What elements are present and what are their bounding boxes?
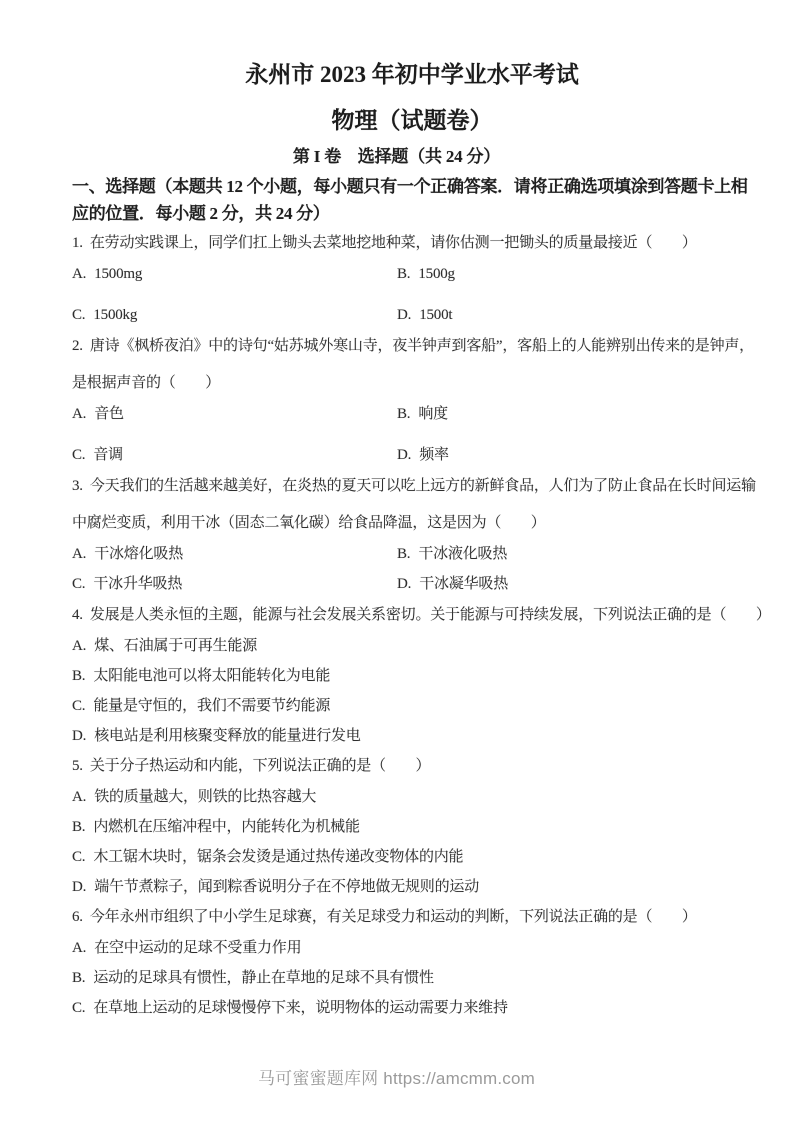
option-text: 1500g [418, 266, 455, 282]
question-number: 5. [72, 758, 83, 774]
option-text: 1500kg [93, 307, 137, 323]
option-label: C. [72, 849, 85, 865]
option-text: 端午节煮粽子，闻到粽香说明分子在不停地做无规则的运动 [94, 879, 479, 895]
option-label: A. [72, 406, 86, 422]
question-number: 1. [72, 235, 83, 251]
option-label: A. [72, 546, 86, 562]
question-stem-group: 5.关于分子热运动和内能，下列说法正确的是（ ） [72, 757, 752, 776]
option-text: 木工锯木块时，锯条会发烫是通过热传递改变物体的内能 [93, 849, 463, 865]
option-label: C. [72, 307, 85, 323]
question-options: A.干冰熔化吸热B.干冰液化吸热C.干冰升华吸热D.干冰凝华吸热 [72, 545, 752, 606]
option-label: B. [397, 406, 410, 422]
option-a: A.煤、石油属于可再生能源 [72, 637, 752, 656]
option-text: 1500t [419, 307, 452, 323]
option-a: A.1500mg [72, 265, 397, 284]
stem-text: 发展是人类永恒的主题，能源与社会发展关系密切。关于能源与可持续发展，下列说法正确… [90, 607, 771, 623]
option-c: C.木工锯木块时，锯条会发烫是通过热传递改变物体的内能 [72, 848, 752, 867]
option-text: 太阳能电池可以将太阳能转化为电能 [93, 668, 330, 684]
option-text: 运动的足球具有惯性，静止在草地的足球不具有惯性 [93, 970, 433, 986]
question-stem: 2.唐诗《枫桥夜泊》中的诗句“姑苏城外寒山寺，夜半钟声到客船”，客船上的人能辨别… [72, 337, 752, 356]
option-label: A. [72, 940, 86, 956]
option-label: D. [72, 728, 86, 744]
question-number: 4. [72, 607, 83, 623]
option-label: C. [72, 1000, 85, 1016]
option-text: 音色 [94, 406, 124, 422]
question-stem: 3.今天我们的生活越来越美好，在炎热的夏天可以吃上远方的新鲜食品，人们为了防止食… [72, 477, 752, 496]
option-text: 在空中运动的足球不受重力作用 [94, 940, 301, 956]
question-stem-group: 2.唐诗《枫桥夜泊》中的诗句“姑苏城外寒山寺，夜半钟声到客船”，客船上的人能辨别… [72, 337, 752, 393]
option-a: A.铁的质量越大，则铁的比热容越大 [72, 788, 752, 807]
option-c: C.音调 [72, 446, 397, 465]
option-label: A. [72, 266, 86, 282]
option-c: C.1500kg [72, 306, 397, 325]
option-text: 音调 [93, 447, 123, 463]
stem-text: 是根据声音的（ ） [72, 375, 220, 391]
footer-watermark: 马可蜜蜜题库网 https://amcmm.com [0, 1068, 793, 1090]
option-text: 响度 [418, 406, 448, 422]
option-text: 频率 [419, 447, 449, 463]
option-d: D.干冰凝华吸热 [397, 575, 752, 594]
question-options: A.铁的质量越大，则铁的比热容越大B.内燃机在压缩冲程中，内能转化为机械能C.木… [72, 788, 752, 897]
option-d: D.核电站是利用核聚变释放的能量进行发电 [72, 727, 752, 746]
question-stem: 1.在劳动实践课上，同学们扛上锄头去菜地挖地种菜，请你估测一把锄头的质量最接近（… [72, 234, 752, 253]
option-text: 内燃机在压缩冲程中，内能转化为机械能 [93, 819, 359, 835]
question-stem-group: 4.发展是人类永恒的主题，能源与社会发展关系密切。关于能源与可持续发展，下列说法… [72, 606, 752, 625]
question-number: 2. [72, 338, 83, 354]
option-b: B.1500g [397, 265, 752, 284]
section-instructions: 一、选择题（本题共 12 个小题，每小题只有一个正确答案．请将正确选项填涂到答题… [72, 173, 752, 227]
option-label: D. [397, 576, 411, 592]
section-title: 第 I 卷 选择题（共 24 分） [0, 147, 793, 167]
question-number: 3. [72, 478, 83, 494]
option-c: C.干冰升华吸热 [72, 575, 397, 594]
question-stem-continuation: 中腐烂变质，利用干冰（固态二氧化碳）给食品降温，这是因为（ ） [72, 514, 752, 533]
exam-title: 永州市 2023 年初中学业水平考试 [72, 62, 752, 88]
question-options: A.1500mgB.1500gC.1500kgD.1500t [72, 265, 752, 337]
question-block: 3.今天我们的生活越来越美好，在炎热的夏天可以吃上远方的新鲜食品，人们为了防止食… [72, 477, 752, 606]
stem-text: 中腐烂变质，利用干冰（固态二氧化碳）给食品降温，这是因为（ ） [72, 515, 546, 531]
option-label: D. [397, 447, 411, 463]
question-stem-continuation: 是根据声音的（ ） [72, 374, 752, 393]
option-label: B. [72, 970, 85, 986]
question-block: 1.在劳动实践课上，同学们扛上锄头去菜地挖地种菜，请你估测一把锄头的质量最接近（… [72, 234, 752, 337]
option-d: D.1500t [397, 306, 752, 325]
stem-text: 今年永州市组织了中小学生足球赛，有关足球受力和运动的判断，下列说法正确的是（ ） [90, 909, 697, 925]
option-b: B.干冰液化吸热 [397, 545, 752, 564]
option-label: B. [397, 266, 410, 282]
question-stem: 5.关于分子热运动和内能，下列说法正确的是（ ） [72, 757, 752, 776]
question-block: 5.关于分子热运动和内能，下列说法正确的是（ ） A.铁的质量越大，则铁的比热容… [72, 757, 752, 897]
questions-list: 1.在劳动实践课上，同学们扛上锄头去菜地挖地种菜，请你估测一把锄头的质量最接近（… [72, 234, 752, 1018]
option-d: D.端午节煮粽子，闻到粽香说明分子在不停地做无规则的运动 [72, 878, 752, 897]
option-text: 铁的质量越大，则铁的比热容越大 [94, 789, 316, 805]
exam-subtitle: 物理（试题卷） [72, 108, 752, 134]
option-label: C. [72, 698, 85, 714]
option-b: B.内燃机在压缩冲程中，内能转化为机械能 [72, 818, 752, 837]
question-number: 6. [72, 909, 83, 925]
question-options: A.煤、石油属于可再生能源B.太阳能电池可以将太阳能转化为电能C.能量是守恒的，… [72, 637, 752, 746]
option-label: D. [72, 879, 86, 895]
option-label: B. [72, 668, 85, 684]
option-label: B. [72, 819, 85, 835]
stem-text: 关于分子热运动和内能，下列说法正确的是（ ） [90, 758, 430, 774]
option-d: D.频率 [397, 446, 752, 465]
option-c: C.在草地上运动的足球慢慢停下来，说明物体的运动需要力来维持 [72, 999, 752, 1018]
option-text: 在草地上运动的足球慢慢停下来，说明物体的运动需要力来维持 [93, 1000, 507, 1016]
option-text: 干冰凝华吸热 [419, 576, 508, 592]
option-label: A. [72, 789, 86, 805]
option-b: B.太阳能电池可以将太阳能转化为电能 [72, 667, 752, 686]
option-text: 干冰升华吸热 [93, 576, 182, 592]
option-label: D. [397, 307, 411, 323]
question-block: 4.发展是人类永恒的主题，能源与社会发展关系密切。关于能源与可持续发展，下列说法… [72, 606, 752, 746]
option-label: C. [72, 447, 85, 463]
question-stem-group: 6.今年永州市组织了中小学生足球赛，有关足球受力和运动的判断，下列说法正确的是（… [72, 908, 752, 927]
instructions-line-2: 应的位置．每小题 2 分，共 24 分） [72, 200, 752, 227]
instructions-line-1: 一、选择题（本题共 12 个小题，每小题只有一个正确答案．请将正确选项填涂到答题… [72, 173, 752, 200]
option-text: 核电站是利用核聚变释放的能量进行发电 [94, 728, 360, 744]
stem-text: 今天我们的生活越来越美好，在炎热的夏天可以吃上远方的新鲜食品，人们为了防止食品在… [90, 478, 756, 494]
question-block: 2.唐诗《枫桥夜泊》中的诗句“姑苏城外寒山寺，夜半钟声到客船”，客船上的人能辨别… [72, 337, 752, 477]
option-c: C.能量是守恒的，我们不需要节约能源 [72, 697, 752, 716]
question-options: A.音色B.响度C.音调D.频率 [72, 405, 752, 477]
question-stem-group: 1.在劳动实践课上，同学们扛上锄头去菜地挖地种菜，请你估测一把锄头的质量最接近（… [72, 234, 752, 253]
question-stem: 6.今年永州市组织了中小学生足球赛，有关足球受力和运动的判断，下列说法正确的是（… [72, 908, 752, 927]
stem-text: 唐诗《枫桥夜泊》中的诗句“姑苏城外寒山寺，夜半钟声到客船”，客船上的人能辨别出传… [90, 338, 754, 354]
option-text: 煤、石油属于可再生能源 [94, 638, 257, 654]
option-text: 干冰液化吸热 [418, 546, 507, 562]
question-options: A.在空中运动的足球不受重力作用B.运动的足球具有惯性，静止在草地的足球不具有惯… [72, 939, 752, 1018]
option-text: 1500mg [94, 266, 142, 282]
question-block: 6.今年永州市组织了中小学生足球赛，有关足球受力和运动的判断，下列说法正确的是（… [72, 908, 752, 1018]
option-b: B.响度 [397, 405, 752, 424]
question-stem: 4.发展是人类永恒的主题，能源与社会发展关系密切。关于能源与可持续发展，下列说法… [72, 606, 752, 625]
option-label: B. [397, 546, 410, 562]
option-label: C. [72, 576, 85, 592]
stem-text: 在劳动实践课上，同学们扛上锄头去菜地挖地种菜，请你估测一把锄头的质量最接近（ ） [90, 235, 697, 251]
exam-paper-page: 永州市 2023 年初中学业水平考试 物理（试题卷） 第 I 卷 选择题（共 2… [0, 0, 793, 1122]
option-text: 干冰熔化吸热 [94, 546, 183, 562]
option-b: B.运动的足球具有惯性，静止在草地的足球不具有惯性 [72, 969, 752, 988]
option-text: 能量是守恒的，我们不需要节约能源 [93, 698, 330, 714]
option-a: A.干冰熔化吸热 [72, 545, 397, 564]
option-label: A. [72, 638, 86, 654]
question-stem-group: 3.今天我们的生活越来越美好，在炎热的夏天可以吃上远方的新鲜食品，人们为了防止食… [72, 477, 752, 533]
option-a: A.音色 [72, 405, 397, 424]
option-a: A.在空中运动的足球不受重力作用 [72, 939, 752, 958]
